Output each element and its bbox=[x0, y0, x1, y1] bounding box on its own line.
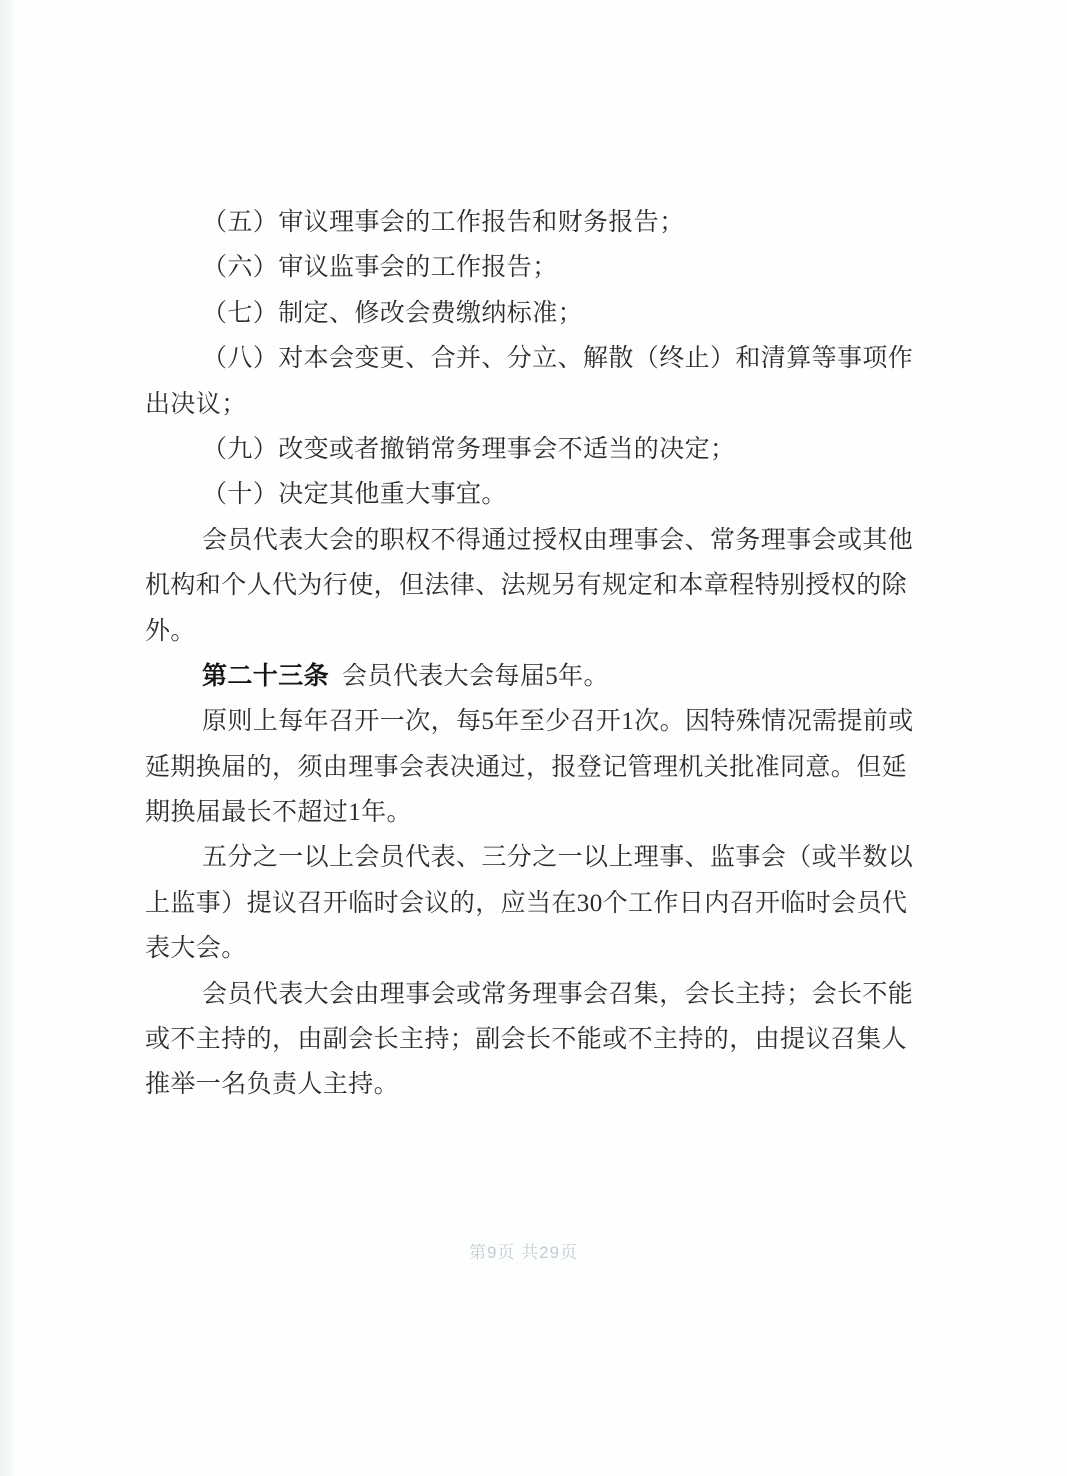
list-item-9: （九）改变或者撤销常务理事会不适当的决定； bbox=[145, 427, 920, 472]
paragraph-line: 上监事）提议召开临时会议的，应当在30个工作日内召开临时会员代 bbox=[145, 881, 920, 926]
line-text: 期换届最长不超过1年。 bbox=[145, 799, 412, 826]
paragraph-line: 期换届最长不超过1年。 bbox=[145, 790, 920, 835]
paragraph-line: 推举一名负责人主持。 bbox=[145, 1062, 920, 1107]
article-heading-line: 第二十三条会员代表大会每届5年。 bbox=[145, 654, 920, 699]
paragraph-line: 五分之一以上会员代表、三分之一以上理事、监事会（或半数以 bbox=[145, 835, 920, 880]
list-item-8: （八）对本会变更、合并、分立、解散（终止）和清算等事项作 bbox=[145, 336, 920, 381]
line-text: 五分之一以上会员代表、三分之一以上理事、监事会（或半数以 bbox=[202, 844, 913, 871]
line-text: 上监事）提议召开临时会议的，应当在30个工作日内召开临时会员代 bbox=[145, 890, 907, 917]
paragraph-line: 表大会。 bbox=[145, 926, 920, 971]
paragraph-line: 原则上每年召开一次，每5年至少召开1次。因特殊情况需提前或 bbox=[145, 699, 920, 744]
line-text: 表大会。 bbox=[145, 935, 247, 962]
line-text: （九）改变或者撤销常务理事会不适当的决定； bbox=[202, 436, 735, 463]
paragraph-line: 会员代表大会由理事会或常务理事会召集，会长主持；会长不能 bbox=[145, 972, 920, 1017]
list-item-5: （五）审议理事会的工作报告和财务报告； bbox=[145, 200, 920, 245]
line-text: 机构和个人代为行使，但法律、法规另有规定和本章程特别授权的除 bbox=[145, 572, 907, 599]
article-number: 第二十三条 bbox=[202, 663, 329, 690]
line-text: 推举一名负责人主持。 bbox=[145, 1071, 399, 1098]
paragraph-line: 或不主持的，由副会长主持；副会长不能或不主持的，由提议召集人 bbox=[145, 1017, 920, 1062]
line-text: 会员代表大会由理事会或常务理事会召集，会长主持；会长不能 bbox=[202, 981, 913, 1008]
line-text: （十）决定其他重大事宜。 bbox=[202, 481, 507, 508]
page-number: 第9页 共29页 bbox=[0, 1241, 1047, 1265]
line-text: 原则上每年召开一次，每5年至少召开1次。因特殊情况需提前或 bbox=[202, 708, 914, 735]
paragraph-line: 机构和个人代为行使，但法律、法规另有规定和本章程特别授权的除 bbox=[145, 563, 920, 608]
list-item-6: （六）审议监事会的工作报告； bbox=[145, 245, 920, 290]
line-text: （六）审议监事会的工作报告； bbox=[202, 254, 558, 281]
line-text: 或不主持的，由副会长主持；副会长不能或不主持的，由提议召集人 bbox=[145, 1026, 907, 1053]
document-page: （五）审议理事会的工作报告和财务报告； （六）审议监事会的工作报告； （七）制定… bbox=[0, 0, 1067, 1476]
line-text: 出决议； bbox=[145, 391, 247, 418]
list-item-8-continuation: 出决议； bbox=[145, 382, 920, 427]
line-text: 延期换届的，须由理事会表决通过，报登记管理机关批准同意。但延 bbox=[145, 754, 907, 781]
paragraph-line: 会员代表大会的职权不得通过授权由理事会、常务理事会或其他 bbox=[145, 518, 920, 563]
paragraph-line: 延期换届的，须由理事会表决通过，报登记管理机关批准同意。但延 bbox=[145, 745, 920, 790]
line-text: 会员代表大会每届5年。 bbox=[342, 663, 609, 690]
paragraph-line: 外。 bbox=[145, 609, 920, 654]
line-text: 外。 bbox=[145, 618, 196, 645]
document-body: （五）审议理事会的工作报告和财务报告； （六）审议监事会的工作报告； （七）制定… bbox=[145, 200, 920, 1108]
line-text: （八）对本会变更、合并、分立、解散（终止）和清算等事项作 bbox=[202, 345, 913, 372]
line-text: （七）制定、修改会费缴纳标准； bbox=[202, 300, 583, 327]
list-item-7: （七）制定、修改会费缴纳标准； bbox=[145, 291, 920, 336]
list-item-10: （十）决定其他重大事宜。 bbox=[145, 472, 920, 517]
line-text: 会员代表大会的职权不得通过授权由理事会、常务理事会或其他 bbox=[202, 527, 913, 554]
line-text: （五）审议理事会的工作报告和财务报告； bbox=[202, 209, 685, 236]
